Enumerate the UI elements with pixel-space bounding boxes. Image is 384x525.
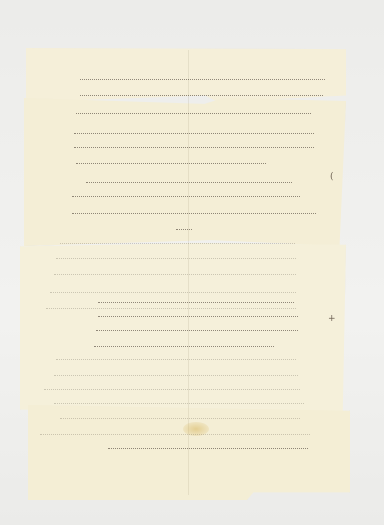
- handwriting-line: [108, 446, 308, 449]
- handwriting-word: [176, 227, 192, 230]
- handwriting-line-faint: [40, 432, 310, 435]
- handwriting-line: [94, 344, 274, 347]
- handwriting-line: [80, 93, 323, 96]
- handwriting-line: [76, 161, 266, 164]
- handwriting-line: [72, 211, 316, 214]
- handwriting-line-faint: [56, 256, 296, 259]
- handwriting-line-faint: [56, 357, 296, 360]
- handwriting-line-faint: [60, 416, 300, 419]
- handwriting-line-faint: [54, 272, 296, 275]
- handwriting-line: [98, 300, 294, 303]
- handwriting-line-faint: [46, 306, 296, 309]
- handwriting-line-faint: [50, 290, 296, 293]
- handwriting-line-faint: [54, 373, 298, 376]
- handwriting-line: [96, 328, 298, 331]
- handwriting-line: [98, 314, 298, 317]
- margin-mark: +: [328, 314, 336, 324]
- paper-fragment-bottom: [28, 405, 350, 500]
- handwriting-line: [74, 131, 314, 134]
- handwriting-line-faint: [60, 241, 295, 244]
- handwriting-line: [72, 194, 300, 197]
- handwriting-line: [74, 145, 314, 148]
- handwriting-line-faint: [54, 401, 304, 404]
- handwriting-line: [76, 111, 311, 114]
- handwriting-line: [86, 180, 292, 183]
- handwriting-line-faint: [44, 387, 300, 390]
- handwriting-line: [80, 77, 325, 80]
- margin-mark: (: [330, 172, 334, 182]
- paper-fragment-upper: [24, 98, 346, 246]
